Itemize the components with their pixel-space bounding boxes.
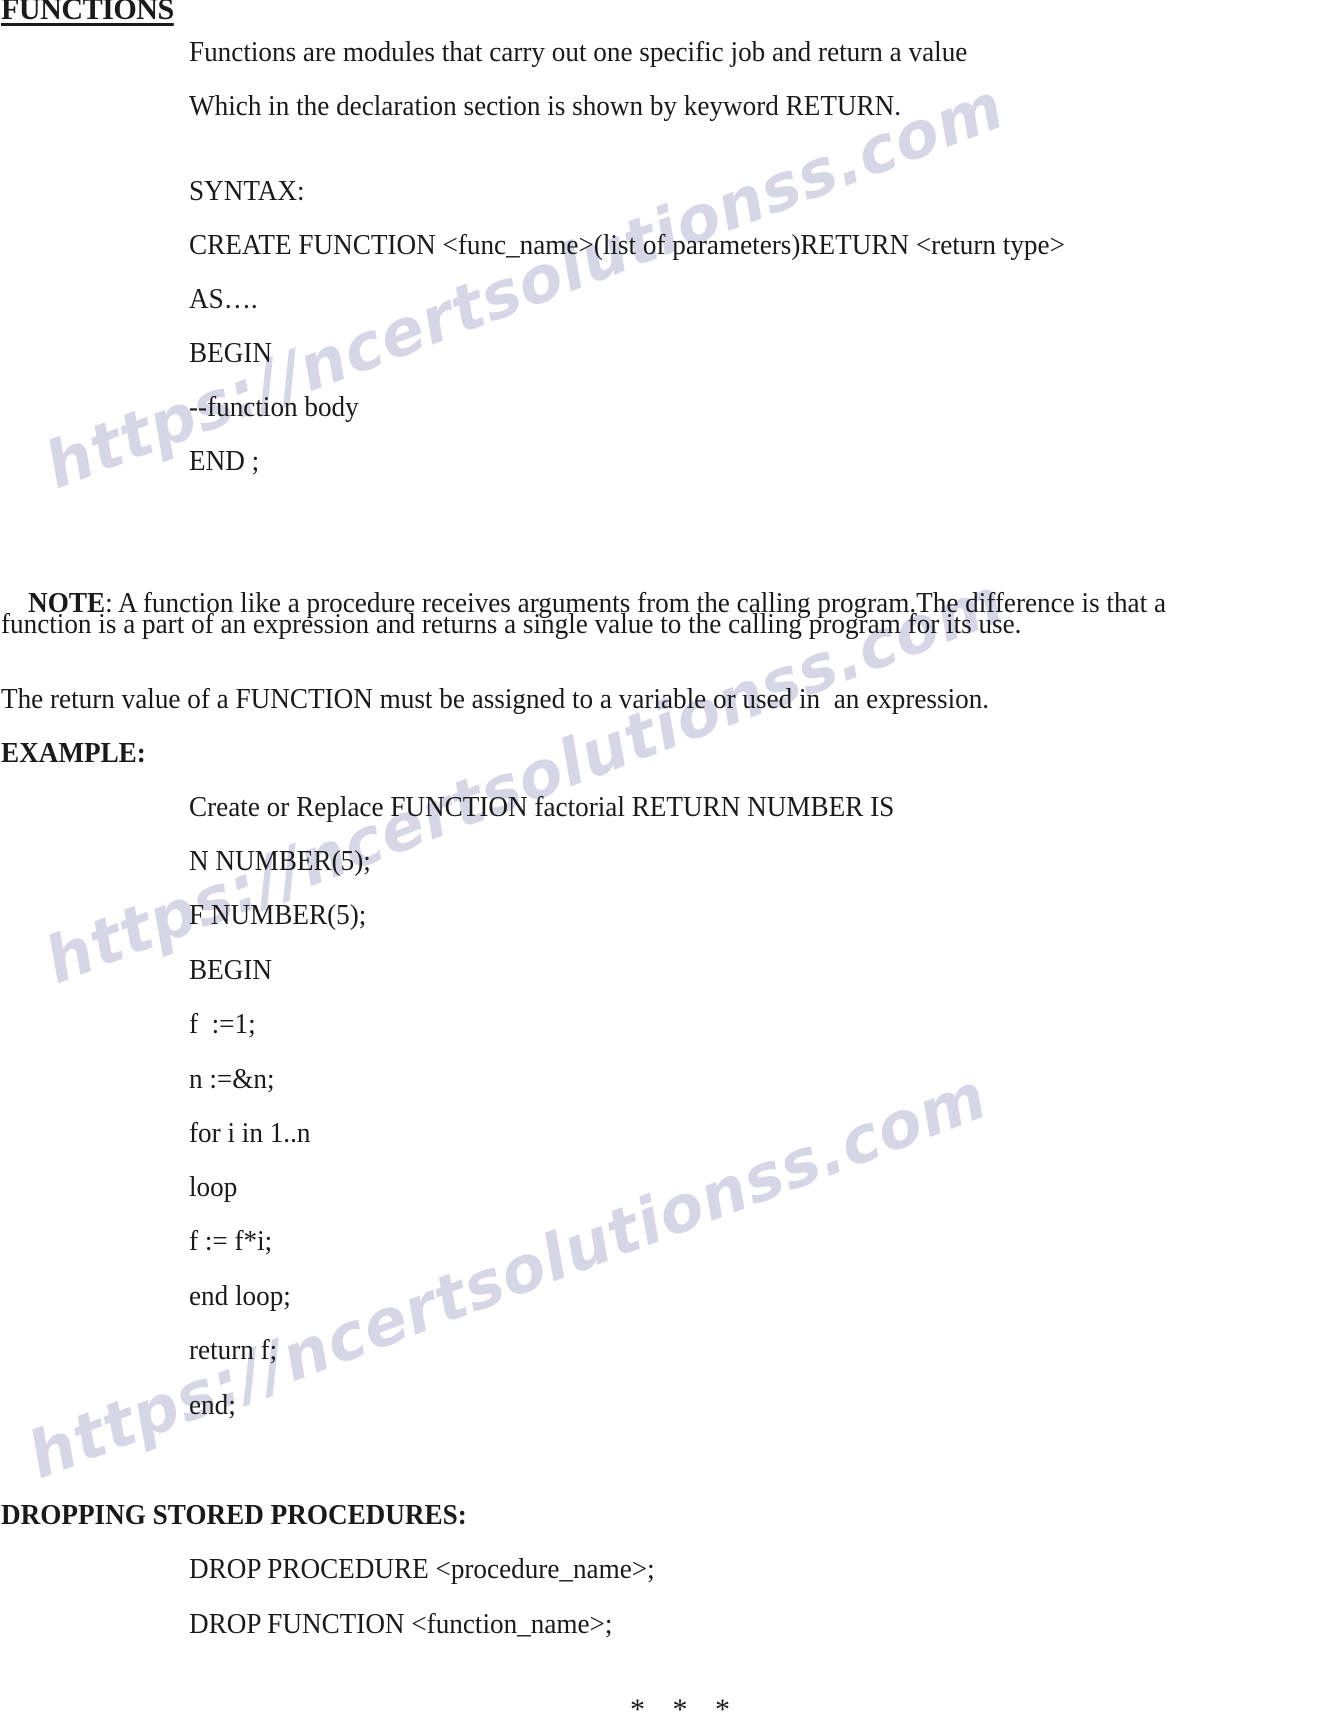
dropping-heading: DROPPING STORED PROCEDURES: [1, 1499, 467, 1533]
syntax-line: END ; [189, 445, 259, 479]
syntax-line: AS…. [189, 283, 258, 317]
code-line: Create or Replace FUNCTION factorial RET… [189, 791, 894, 825]
watermark: https://ncertsolutionss.com [35, 69, 1014, 504]
code-line: end; [189, 1389, 236, 1423]
watermark: https://ncertsolutionss.com [18, 1059, 997, 1494]
return-note: The return value of a FUNCTION must be a… [1, 683, 989, 717]
note-paragraph-line: function is a part of an expression and … [1, 608, 1021, 642]
code-line: BEGIN [189, 954, 272, 988]
syntax-line: --function body [189, 391, 359, 425]
intro-line: Functions are modules that carry out one… [189, 36, 967, 70]
code-line: return f; [189, 1334, 277, 1368]
example-label: EXAMPLE: [1, 737, 146, 771]
drop-statement: DROP PROCEDURE <procedure_name>; [189, 1553, 655, 1587]
drop-statement: DROP FUNCTION <function_name>; [189, 1608, 612, 1642]
code-line: for i in 1..n [189, 1117, 310, 1151]
code-line: n :=&n; [189, 1063, 274, 1097]
code-line: F NUMBER(5); [189, 899, 366, 933]
syntax-label: SYNTAX: [189, 175, 305, 209]
section-heading-functions: FUNCTIONS [1, 0, 174, 26]
intro-line: Which in the declaration section is show… [189, 90, 901, 124]
code-line: f := f*i; [189, 1225, 272, 1259]
end-marker: * * * [630, 1693, 740, 1723]
syntax-line: BEGIN [189, 337, 272, 371]
code-line: loop [189, 1171, 237, 1205]
code-line: f :=1; [189, 1008, 256, 1042]
syntax-line: CREATE FUNCTION <func_name>(list of para… [189, 229, 1065, 263]
code-line: N NUMBER(5); [189, 845, 371, 879]
code-line: end loop; [189, 1280, 291, 1314]
